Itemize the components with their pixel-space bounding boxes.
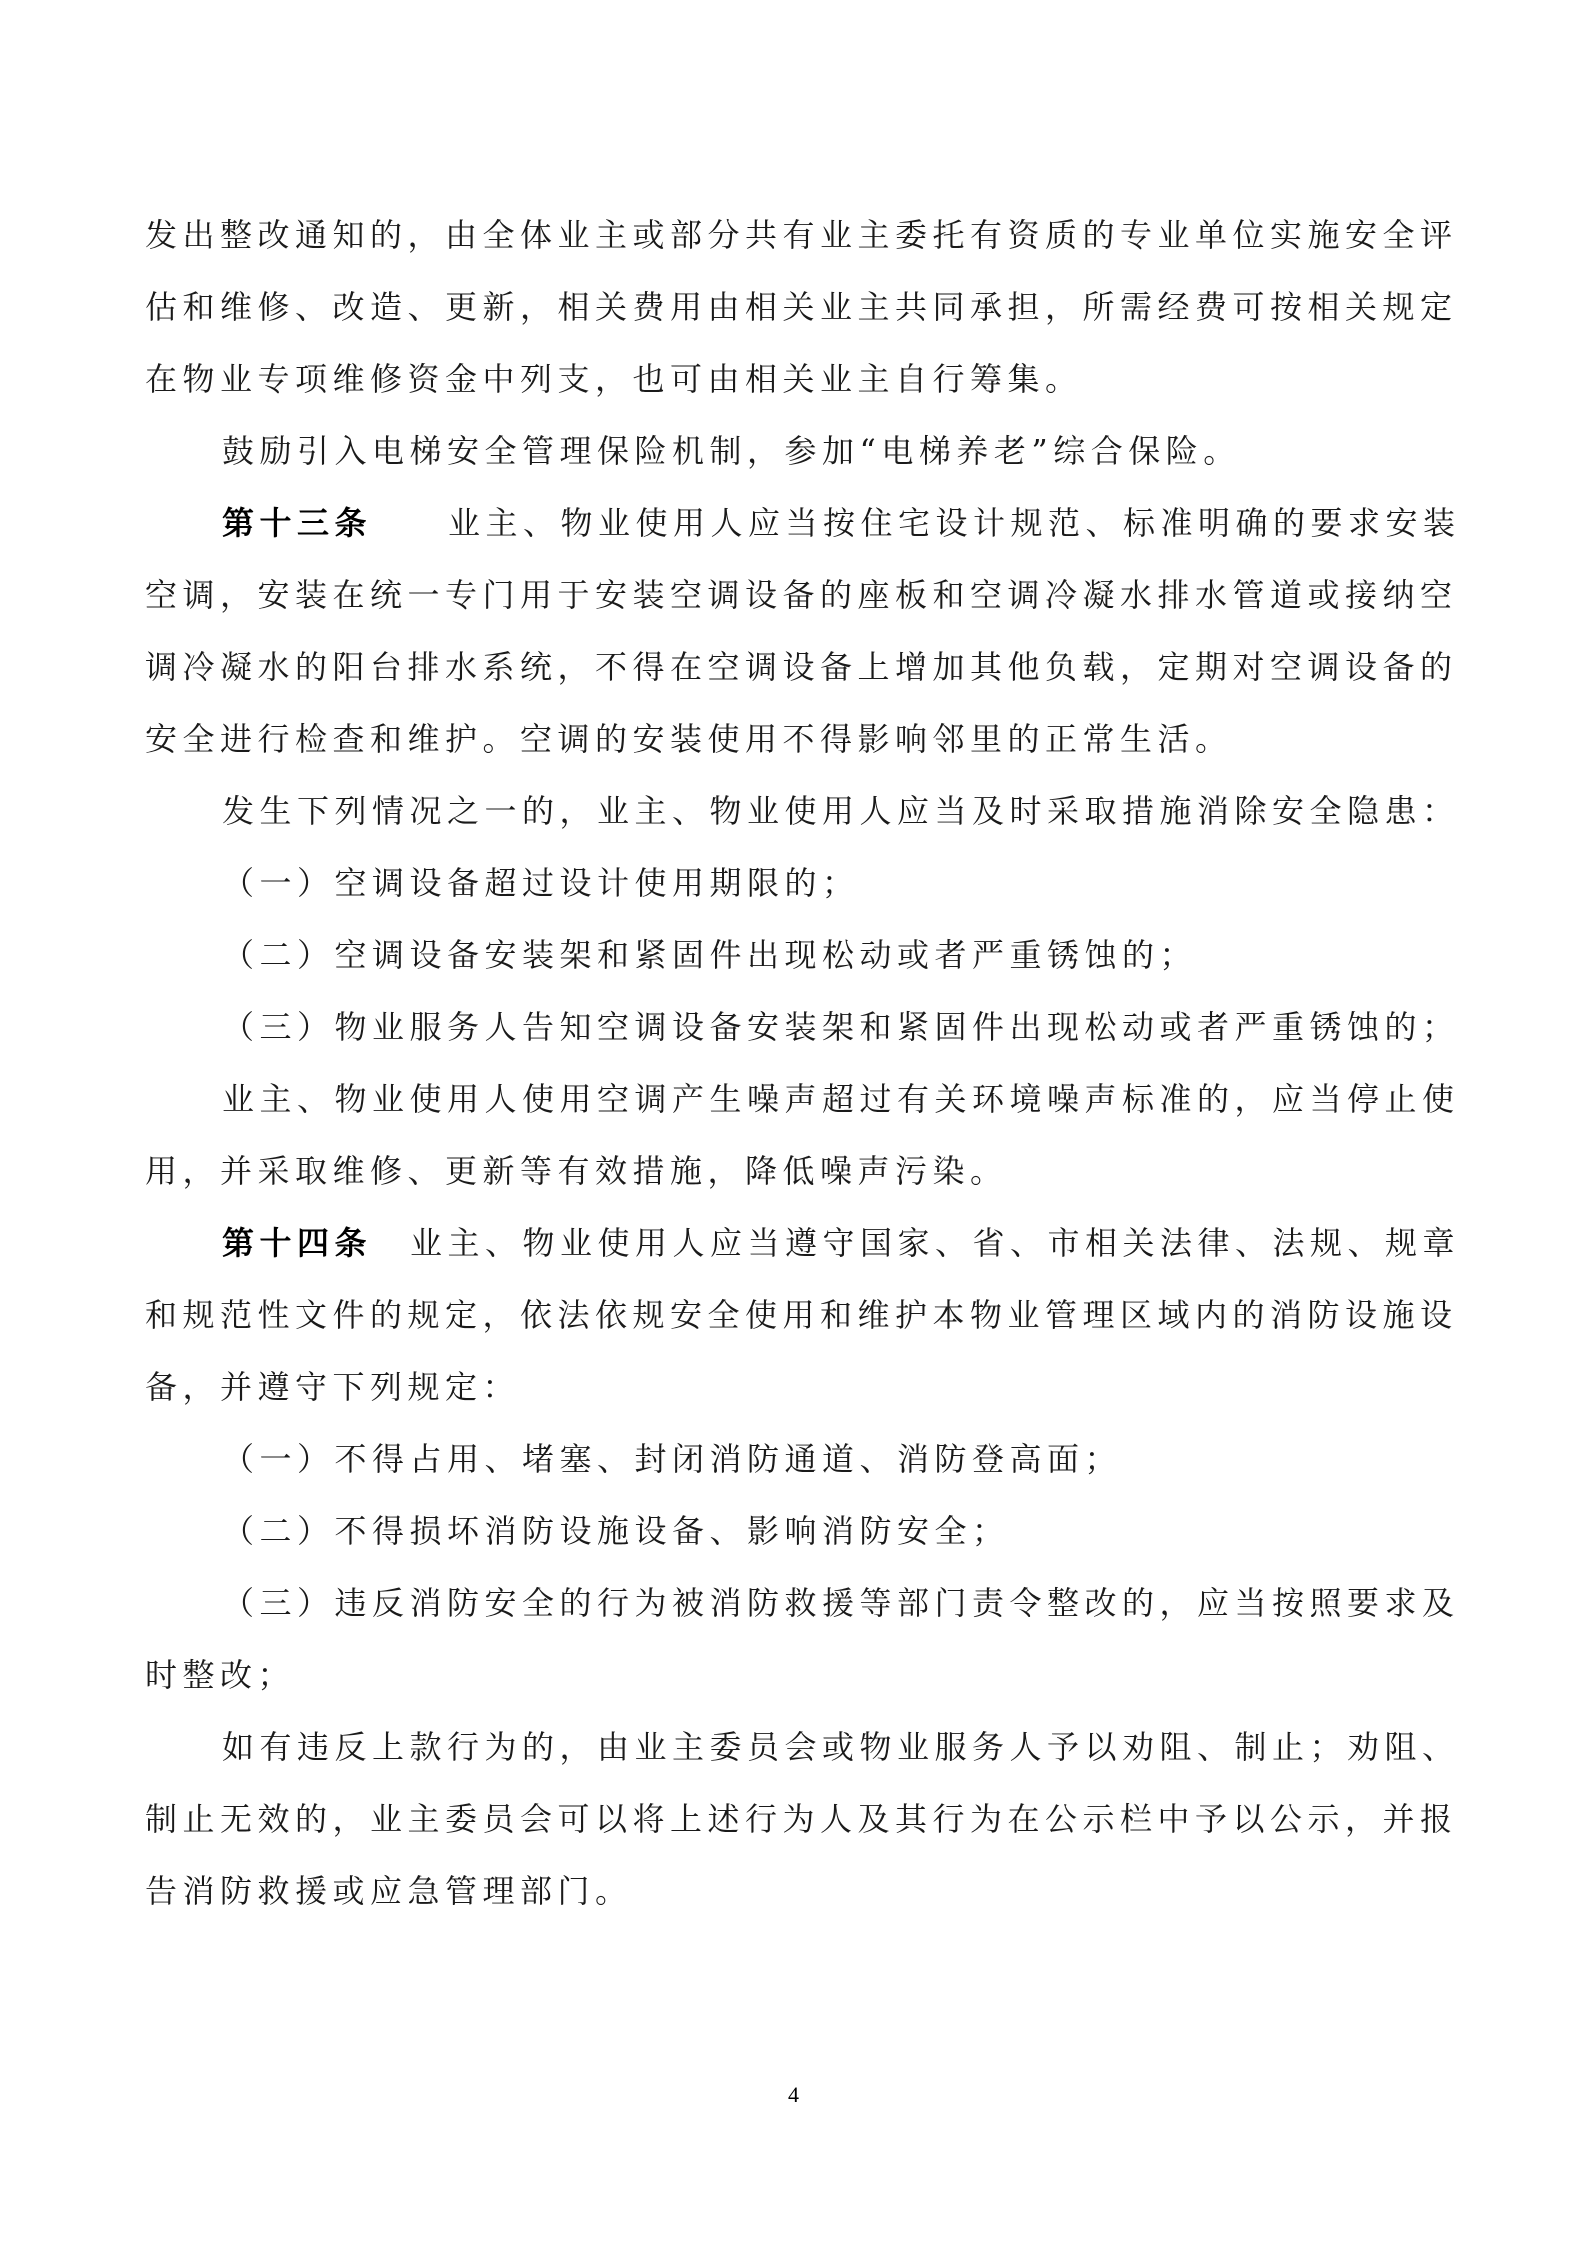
article-13-first-line: 业主、物业使用人应当按住宅设计规范、标准明确的要求安装 xyxy=(448,504,1461,542)
document-page: 发出整改通知的，由全体业主或部分共有业主委托有资质的专业单位实施安全评 估和维修… xyxy=(0,0,1587,2245)
page-number: 4 xyxy=(0,2082,1587,2108)
paragraph-line: 时整改； xyxy=(145,1639,1445,1711)
paragraph-line: 和规范性文件的规定，依法依规安全使用和维护本物业管理区域内的消防设施设 xyxy=(145,1279,1445,1351)
article-13-heading-line: 第十三条业主、物业使用人应当按住宅设计规范、标准明确的要求安装 xyxy=(145,487,1445,559)
rule-item: （一）不得占用、堵塞、封闭消防通道、消防登高面； xyxy=(145,1423,1445,1495)
rule-item: （三）违反消防安全的行为被消防救援等部门责令整改的，应当按照要求及 xyxy=(145,1567,1445,1639)
paragraph-line: 鼓励引入电梯安全管理保险机制，参加“电梯养老”综合保险。 xyxy=(145,415,1445,487)
rule-item: （二）不得损坏消防设施设备、影响消防安全； xyxy=(145,1495,1445,1567)
paragraph-line: 安全进行检查和维护。空调的安装使用不得影响邻里的正常生活。 xyxy=(145,703,1445,775)
article-14-first-line: 业主、物业使用人应当遵守国家、省、市相关法律、法规、规章 xyxy=(410,1224,1460,1262)
paragraph-line: 估和维修、改造、更新，相关费用由相关业主共同承担，所需经费可按相关规定 xyxy=(145,271,1445,343)
paragraph-line: 备，并遵守下列规定： xyxy=(145,1351,1445,1423)
condition-item: （一）空调设备超过设计使用期限的； xyxy=(145,847,1445,919)
condition-item: （二）空调设备安装架和紧固件出现松动或者严重锈蚀的； xyxy=(145,919,1445,991)
paragraph-line: 如有违反上款行为的，由业主委员会或物业服务人予以劝阻、制止；劝阻、 xyxy=(145,1711,1445,1783)
paragraph-line: 制止无效的，业主委员会可以将上述行为人及其行为在公示栏中予以公示，并报 xyxy=(145,1783,1445,1855)
paragraph-line: 业主、物业使用人使用空调产生噪声超过有关环境噪声标准的，应当停止使 xyxy=(145,1063,1445,1135)
paragraph-line: 在物业专项维修资金中列支，也可由相关业主自行筹集。 xyxy=(145,343,1445,415)
paragraph-line: 用，并采取维修、更新等有效措施，降低噪声污染。 xyxy=(145,1135,1445,1207)
document-body: 发出整改通知的，由全体业主或部分共有业主委托有资质的专业单位实施安全评 估和维修… xyxy=(145,199,1445,1927)
article-14-heading-line: 第十四条业主、物业使用人应当遵守国家、省、市相关法律、法规、规章 xyxy=(145,1207,1445,1279)
paragraph-line: 调冷凝水的阳台排水系统，不得在空调设备上增加其他负载，定期对空调设备的 xyxy=(145,631,1445,703)
paragraph-line: 发出整改通知的，由全体业主或部分共有业主委托有资质的专业单位实施安全评 xyxy=(145,199,1445,271)
article-13-number: 第十三条 xyxy=(222,504,372,542)
condition-item: （三）物业服务人告知空调设备安装架和紧固件出现松动或者严重锈蚀的； xyxy=(145,991,1445,1063)
conditions-intro: 发生下列情况之一的，业主、物业使用人应当及时采取措施消除安全隐患： xyxy=(145,775,1445,847)
paragraph-line: 空调，安装在统一专门用于安装空调设备的座板和空调冷凝水排水管道或接纳空 xyxy=(145,559,1445,631)
paragraph-line: 告消防救援或应急管理部门。 xyxy=(145,1855,1445,1927)
article-14-number: 第十四条 xyxy=(222,1224,372,1262)
